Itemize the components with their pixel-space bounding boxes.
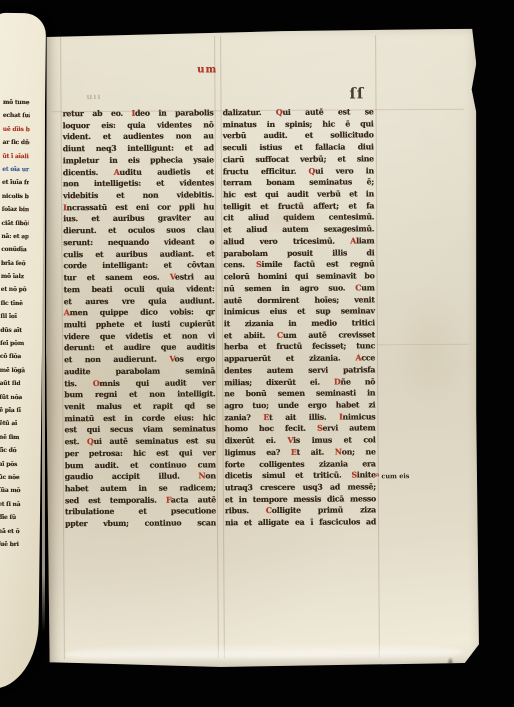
text-segment: seculi istius et fallacia diui: [223, 142, 374, 152]
text-segment: cit aliud quidem centesimū.: [223, 213, 374, 223]
facing-page-line: ētū aī: [0, 417, 26, 431]
text-segment: impletur in eis pphecia ysaie: [63, 155, 214, 165]
text-segment: videre que videtis et non vi: [64, 331, 215, 341]
facing-page-line: echat ſuā aū: [3, 109, 30, 123]
facing-page-line: ſeī pōm: [0, 337, 27, 351]
facing-page-line: et oīa urbe bī: [2, 163, 29, 177]
page-edge-sliver: [42, 48, 45, 632]
text-segment: olligite primū ziza: [272, 506, 376, 516]
text-line: homo hoc fecit. Servi autem: [224, 423, 375, 436]
text-line: per petrosa: hic est qui ver: [65, 447, 216, 460]
text-line: tis. Omnis qui audit ver: [64, 377, 215, 390]
main-page: um uıı ſſ retur ab eo. Ideo in parabolis…: [44, 29, 480, 670]
running-header: um: [197, 64, 217, 75]
text-segment: os ergo: [175, 354, 216, 363]
facing-page-line: et nō pō: [1, 283, 28, 297]
facing-page-line: mō tune bris: [3, 96, 30, 110]
text-segment: hic est qui audit verbū et in: [223, 189, 374, 199]
text-line: loquor eis: quia videntes nō: [63, 119, 214, 132]
text-line: parabolam posuit illis di: [223, 247, 374, 260]
text-line: dicetis simul et triticū. Sinite: [225, 470, 376, 483]
text-segment: deo in parabolis: [135, 108, 214, 117]
text-segment: dixerūt ei.: [225, 436, 288, 445]
text-segment: nimicus: [342, 412, 375, 421]
ruling-line-horizontal: [377, 344, 469, 346]
text-line: minatū est in corde eius: hic: [64, 412, 215, 425]
facing-page-line: brīa ſeō: [1, 257, 28, 271]
text-segment: ne bonū semen seminasti in: [224, 389, 375, 399]
text-line: autē dormirent hoīes; venit: [224, 294, 375, 307]
text-segment: corde intelligant: et cōvtan: [63, 261, 214, 271]
text-segment: on; ne: [342, 447, 376, 456]
text-line: Amen quippe dico vobis: qr: [64, 307, 215, 320]
text-segment: inite: [357, 471, 376, 480]
text-segment: ppter vbum; continuo scan: [65, 518, 216, 528]
text-line: et abiit. Cum autē crevisset: [224, 329, 375, 342]
text-segment: nia et alligate ea ī fasciculos ad: [225, 517, 376, 527]
text-segment: tem beati oculi quia vident:: [64, 284, 215, 294]
facing-page-line: ē pīa ſī: [0, 404, 26, 418]
ascender-flourish: ſſ: [349, 84, 364, 102]
text-segment: nū semen in agro suo.: [224, 283, 356, 293]
facing-page-line: ūt ī aīali: [2, 149, 29, 163]
text-segment: acta autē: [171, 495, 216, 504]
text-segment: herba et fructū fecisset; tunc: [224, 342, 375, 352]
text-line: verbū audit. et sollicitudo: [223, 130, 374, 143]
text-segment: ribus.: [225, 506, 266, 515]
text-segment: celorū homini qui seminavit bo: [224, 271, 375, 281]
text-line: inimicus eius et sup seminav: [224, 306, 375, 319]
text-segment: serunt: nequando videant o: [63, 237, 214, 247]
facing-page-line: ſūt nōa: [0, 390, 27, 404]
text-segment: et aures vre quia audiunt.: [64, 296, 215, 306]
text-segment: autē dormirent hoīes; venit: [224, 295, 375, 305]
text-line: tribulatione et psecutione: [65, 506, 216, 519]
facing-page-line: ſūa mō: [0, 484, 25, 498]
text-segment: tribulatione et psecutione: [65, 507, 216, 517]
text-segment: bum regni et non intelligit.: [64, 390, 215, 400]
facing-page-line: ſil īoī: [0, 310, 27, 324]
text-line: it zizania in medio tritici: [224, 317, 375, 330]
text-line: minatus in spinis; hic ē qui: [223, 118, 374, 131]
text-line: ligimus ea? Et ait. Non; ne: [225, 446, 376, 459]
text-segment: ui autē est se: [282, 107, 373, 117]
margin-note-text: cum eis: [381, 472, 409, 480]
text-segment: it zizania in medio tritici: [224, 318, 375, 328]
text-segment: zania?: [224, 413, 263, 422]
facing-page-text: mō tune brisechat ſuā aūuē dīis brāar ſi…: [0, 96, 30, 568]
text-line: dalizatur. Qui autē est se: [223, 106, 374, 119]
text-segment: audite parabolam seminā: [64, 366, 215, 376]
text-segment: mnis qui audit ver: [99, 378, 215, 388]
text-segment: dicentis.: [63, 167, 114, 176]
text-line: terram bonam seminatus ē;: [223, 177, 374, 190]
text-line: hic est qui audit verbū et in: [223, 188, 374, 201]
text-line: fructu efficitur. Qui vero in: [223, 165, 374, 178]
text-segment: ervi autem: [322, 424, 375, 433]
facing-page-line: cō ſiōa: [0, 350, 27, 364]
text-line: forte colligentes zizania era: [225, 458, 376, 471]
text-segment: venit malus et rapit qd se: [64, 401, 215, 411]
text-line: nū semen in agro suo. Cum: [224, 282, 375, 295]
text-line: videre que videtis et non vi: [64, 330, 215, 343]
text-line: tur et sanem eos. Vestri au: [64, 271, 215, 284]
facing-page-line: nē ſim: [0, 431, 26, 445]
text-segment: dentes autem servi patrisfa: [224, 365, 375, 375]
facing-page-line: dīe ſū: [0, 511, 25, 525]
text-segment: culis et auribus audiant. et: [63, 249, 214, 259]
text-segment: liam: [356, 236, 374, 245]
text-segment: agro tuo; unde ergo habet zi: [224, 400, 375, 410]
text-line: ribus. Colligite primū ziza: [225, 505, 376, 518]
facing-page-line: conūdīa ē: [1, 243, 28, 257]
text-line: telligit et fructū affert; et fa: [223, 200, 374, 213]
text-line: herba et fructū fecisset; tunc: [224, 341, 375, 354]
text-line: non intelligetis: et videntes: [63, 178, 214, 191]
text-segment: dalizatur.: [223, 108, 276, 117]
text-segment: bum audit. et continuo cum: [65, 460, 216, 470]
text-segment: verbū audit. et sollicitudo: [223, 131, 374, 141]
text-segment: is imus et col: [293, 435, 375, 445]
facing-page-line: aūt ſid: [0, 377, 27, 391]
text-line: dentes autem servi patrisfa: [224, 364, 375, 377]
text-segment: estri au: [175, 272, 215, 281]
text-segment: vident. et audientes non au: [63, 132, 214, 142]
text-line: culis et auribus audiant. et: [63, 248, 214, 261]
text-segment: ñe nō: [340, 377, 375, 386]
text-line: multi pphete et iusti cupierūt: [64, 318, 215, 331]
text-line: apparuerūt et zizania. Acce: [224, 352, 375, 365]
text-line: ppter vbum; continuo scan: [65, 517, 216, 530]
text-line: serunt: nequando videant o: [63, 236, 214, 249]
text-line: cens. Simile factū est regnū: [223, 259, 374, 272]
text-line: retur ab eo. Ideo in parabolis: [63, 107, 214, 120]
text-line: zania? Et ait illis. Inimicus: [224, 411, 375, 424]
facing-page-line: nā: et apīa: [1, 230, 28, 244]
text-segment: habet autem in se radicem;: [65, 483, 216, 493]
text-line: dicentis. Auditu audietis et: [63, 166, 214, 179]
text-line: celorū homini qui seminavit bo: [224, 270, 375, 283]
text-line: derunt: et audire que auditis: [64, 342, 215, 355]
text-segment: um: [361, 283, 374, 292]
text-segment: diunt neq3 intelligunt: et ad: [63, 143, 214, 153]
text-segment: tur et sanem eos.: [64, 273, 170, 283]
facing-page-line: ſuē bri: [0, 538, 25, 552]
text-segment: apparuerūt et zizania.: [224, 354, 356, 364]
text-segment: aliud vero tricesimū.: [223, 236, 350, 246]
text-segment: et aliud autem sexagesimū.: [223, 224, 374, 234]
text-segment: multi pphete et iusti cupierūt: [64, 319, 215, 329]
text-segment: cce: [361, 353, 375, 362]
text-segment: ligimus ea?: [225, 448, 291, 457]
text-segment: utraq3 crescere usq3 ad messē;: [225, 482, 376, 492]
facing-page-line: ūc nōe: [0, 471, 26, 485]
rubric-initial: N: [198, 472, 205, 481]
facing-page-line: dūs aīt: [0, 323, 27, 337]
text-segment: est qui secus viam seminatus: [64, 425, 215, 435]
text-segment: minatū est in corde eius: hic: [64, 413, 215, 423]
text-segment: et non audierunt.: [64, 355, 169, 365]
text-segment: forte colligentes zizania era: [225, 459, 376, 469]
text-segment: et in tempore messis dicā messo: [225, 494, 376, 504]
text-segment: t ait illis.: [269, 412, 339, 421]
text-line: bum audit. et continuo cum: [65, 459, 216, 472]
text-segment: est.: [65, 437, 88, 446]
text-segment: fructu efficitur.: [223, 166, 309, 176]
text-line: milias; dixerūt ei. Dñe nō: [224, 376, 375, 389]
text-line: et aures vre quia audiunt.: [64, 295, 215, 308]
text-column-right: dalizatur. Qui autē est seminatus in spi…: [223, 106, 377, 529]
text-segment: per petrosa: hic est qui ver: [65, 448, 216, 458]
facing-page-line: ciāt ſibōiē: [1, 216, 28, 230]
facing-page-line: nā et ō: [0, 524, 25, 538]
text-line: audite parabolam seminā: [64, 365, 215, 378]
text-line: ciarū suffocat verbū; et sine: [223, 153, 374, 166]
text-line: cit aliud quidem centesimū.: [223, 212, 374, 225]
margin-note-insertion-mark: a: [376, 472, 380, 478]
text-line: dierunt. et oculos suos clau: [63, 224, 214, 237]
text-segment: um autē crevisset: [283, 330, 375, 340]
facing-page-line: ſīc dō: [0, 444, 26, 458]
text-line: et in tempore messis dicā messo: [225, 493, 376, 506]
facing-page-line: uē dīis brā: [3, 123, 30, 137]
text-segment: ciarū suffocat verbū; et sine: [223, 154, 374, 164]
text-line: videbitis et non videbitis.: [63, 189, 214, 202]
text-segment: parabolam posuit illis di: [223, 248, 374, 258]
facing-page-line: ſic tīnē: [0, 297, 27, 311]
facing-page-line: mē lōgā: [0, 364, 27, 378]
facing-page-line: et ſi nā: [0, 498, 25, 512]
text-segment: dierunt. et oculos suos clau: [63, 225, 214, 235]
text-line: et non audierunt. Vos ergo: [64, 353, 215, 366]
stain: [394, 284, 467, 414]
text-segment: uditu audietis et: [119, 167, 213, 177]
text-segment: videbitis et non videbitis.: [63, 190, 214, 200]
text-line: est. Qui autē seminatus est su: [65, 435, 216, 448]
facing-page-line: ar ſic dñoz: [2, 136, 29, 150]
ink-spot: [447, 657, 454, 668]
pen-trial-mark: uıı: [86, 91, 101, 101]
text-line: est qui secus viam seminatus: [64, 424, 215, 437]
ruling-line-vertical: [375, 35, 380, 657]
text-segment: imile factū est regnū: [261, 260, 374, 270]
facing-page-line: aī pōs: [0, 457, 26, 471]
facing-page-line: mō īalz: [1, 270, 28, 284]
text-line: agro tuo; unde ergo habet zi: [224, 399, 375, 412]
text-segment: telligit et fructū affert; et fa: [223, 201, 374, 211]
text-column-left: retur ab eo. Ideo in parabolisloquor eis…: [63, 107, 217, 530]
text-segment: ui vero in: [315, 166, 374, 175]
parchment-sheen: [65, 642, 463, 664]
facing-page-line: nicolis bine: [2, 190, 29, 204]
margin-note: acum eis: [376, 472, 410, 480]
text-segment: t ait.: [297, 447, 335, 456]
text-segment: tis.: [64, 379, 93, 388]
text-line: bum regni et non intelligit.: [64, 389, 215, 402]
text-line: gaudio accipit illud. Non: [65, 471, 216, 484]
text-line: tem beati oculi quia vident:: [64, 283, 215, 296]
text-segment: ui autē seminatus est su: [94, 436, 216, 446]
text-segment: terram bonam seminatus ē;: [223, 178, 374, 188]
text-line: seculi istius et fallacia diui: [223, 141, 374, 154]
text-line: sed est temporalis. Facta autē: [65, 494, 216, 507]
text-line: ius. et auribus graviter au: [63, 213, 214, 226]
text-line: dixerūt ei. Vis imus et col: [225, 434, 376, 447]
text-line: impletur in eis pphecia ysaie: [63, 154, 214, 167]
text-segment: dicetis simul et triticū.: [225, 471, 352, 481]
text-segment: homo hoc fecit.: [224, 424, 317, 434]
manuscript-photo: mō tune brisechat ſuā aūuē dīis brāar ſi…: [0, 0, 514, 707]
text-segment: cens.: [223, 260, 256, 269]
text-line: nia et alligate ea ī fasciculos ad: [225, 516, 376, 529]
facing-page-line: ſoīaz bino: [2, 203, 29, 217]
text-line: aliud vero tricesimū. Aliam: [223, 235, 374, 248]
text-line: utraq3 crescere usq3 ad messē;: [225, 481, 376, 494]
text-segment: milias; dixerūt ei.: [224, 377, 334, 387]
text-line: habet autem in se radicem;: [65, 482, 216, 495]
text-segment: ncrassatū est eni cor ppli hu: [67, 202, 215, 212]
text-line: venit malus et rapit qd se: [64, 400, 215, 413]
text-segment: ius. et auribus graviter au: [63, 214, 214, 224]
text-segment: minatus in spinis; hic ē qui: [223, 119, 374, 129]
text-segment: et abiit.: [224, 331, 277, 340]
text-line: Incrassatū est eni cor ppli hu: [63, 201, 214, 214]
text-segment: men quippe dico vobis: qr: [70, 308, 215, 318]
text-segment: inimicus eius et sup seminav: [224, 307, 375, 317]
text-segment: on: [205, 472, 215, 481]
facing-page: mō tune brisechat ſuā aūuē dīis brāar ſi…: [0, 13, 46, 690]
text-line: ne bonū semen seminasti in: [224, 388, 375, 401]
text-segment: gaudio accipit illud.: [65, 472, 199, 482]
text-line: corde intelligant: et cōvtan: [63, 260, 214, 273]
text-line: vident. et audientes non au: [63, 131, 214, 144]
text-segment: retur ab eo.: [63, 109, 132, 118]
text-line: et aliud autem sexagesimū.: [223, 223, 374, 236]
text-segment: sed est temporalis.: [65, 495, 166, 505]
text-line: diunt neq3 intelligunt: et ad: [63, 142, 214, 155]
text-segment: derunt: et audire que auditis: [64, 343, 215, 353]
text-segment: loquor eis: quia videntes nō: [63, 120, 214, 130]
facing-page-line: et īuīa fra: [2, 176, 29, 190]
text-segment: non intelligetis: et videntes: [63, 179, 214, 189]
